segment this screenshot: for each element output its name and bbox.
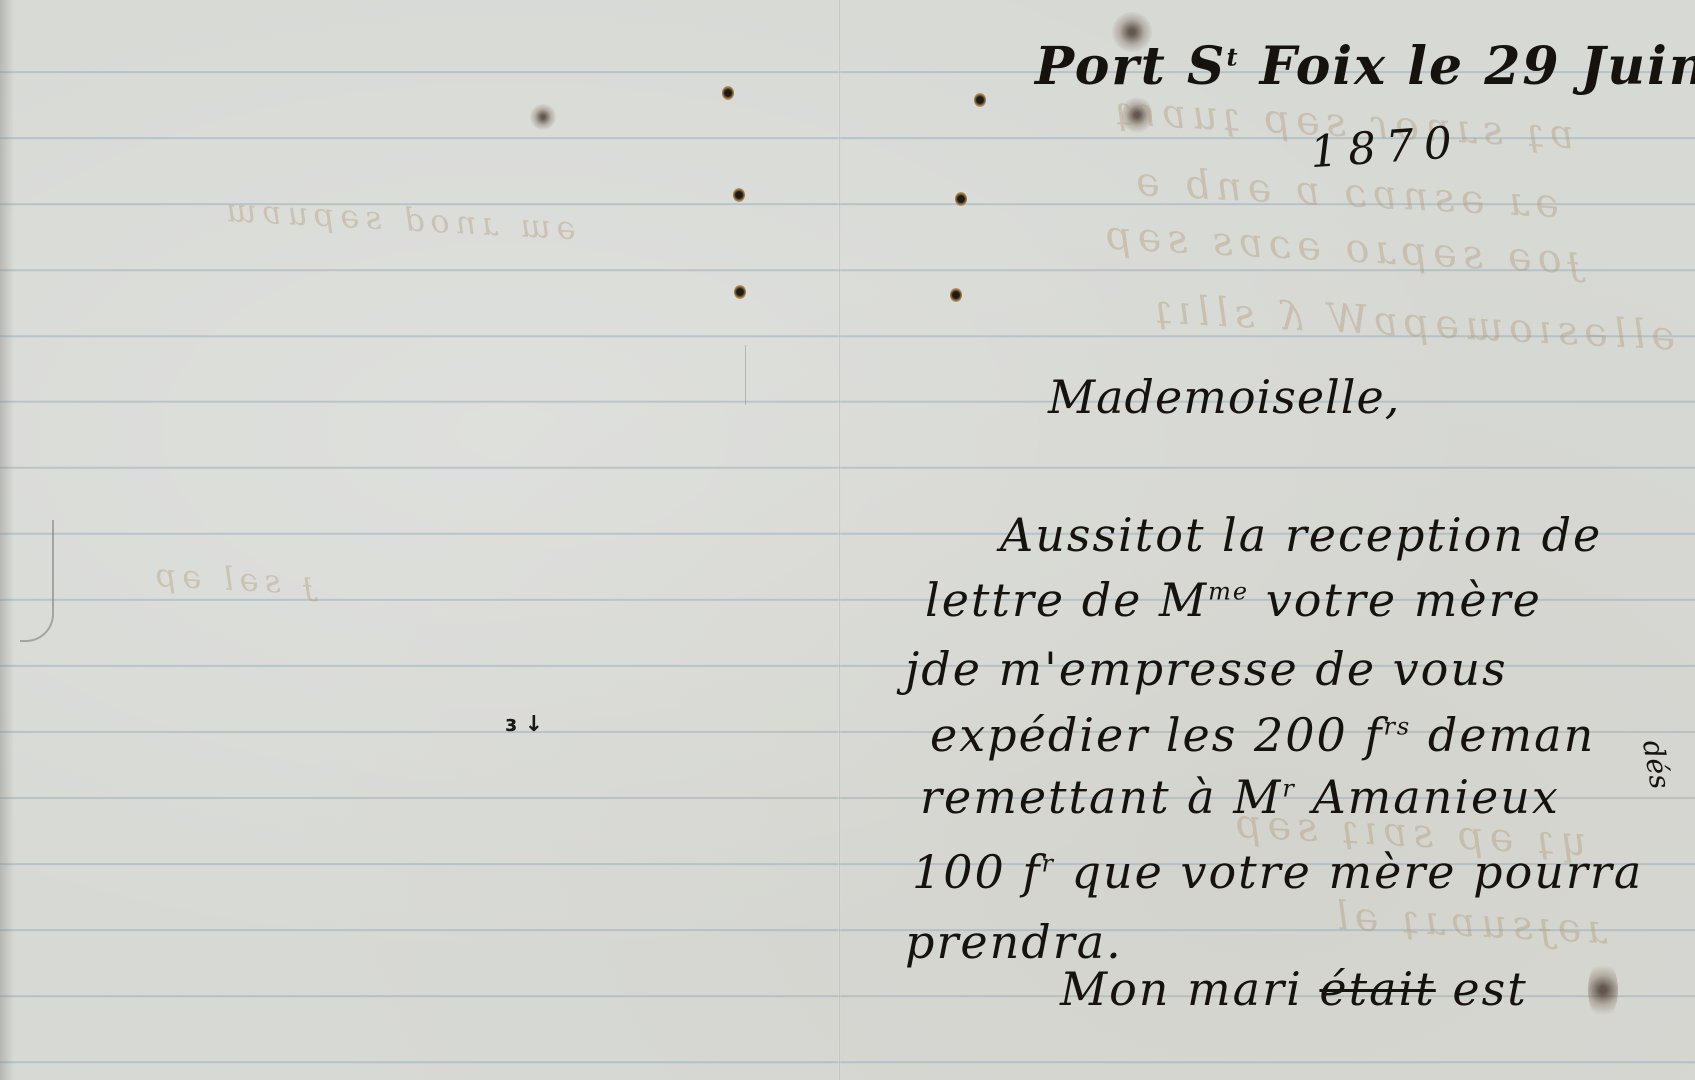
superscript: r [1041, 850, 1054, 878]
letter-line: 100 fr que votre mère pourra [912, 845, 1643, 899]
line-text: Amanieux [1296, 770, 1560, 824]
line-text: deman [1411, 708, 1595, 762]
line-text: lettre de M [925, 573, 1208, 627]
binding-hole [955, 192, 967, 206]
binding-hole [974, 93, 986, 107]
letter-line: Mon mari était est [1060, 962, 1528, 1016]
superscript: t [1226, 43, 1239, 72]
line-text: Mon mari [1060, 962, 1303, 1016]
letter-line: prendra. [905, 915, 1123, 969]
line-text: remettant à M [920, 770, 1282, 824]
letter-line: jde m'empresse de vous [905, 642, 1508, 696]
superscript: me [1208, 578, 1249, 606]
ink-stain [530, 104, 556, 130]
superscript: rs [1383, 713, 1411, 741]
line-text: 100 f [912, 845, 1041, 899]
superscript: r [1282, 775, 1295, 803]
binding-hole [734, 285, 746, 299]
faint-pencil-stroke [745, 345, 746, 405]
pencil-bracket-mark [20, 520, 54, 642]
letter-year: 1870 [1308, 117, 1463, 178]
binding-hole [950, 288, 962, 302]
letter-salutation: Mademoiselle, [1048, 370, 1400, 424]
ink-smudge [1588, 960, 1618, 1020]
line-text: est [1436, 962, 1528, 1016]
left-page-ink-marks: ɜ ↓ [505, 712, 543, 737]
letter-sheet: ɐʇ sɹnoɾ sǝp ʇuɐɾʇ ǝɹ ǝsnɐɔ ɐ ǝnb ǝ ɟoǝ … [0, 0, 1695, 1080]
letter-line: expédier les 200 frs deman [930, 708, 1595, 762]
letter-line: lettre de Mme votre mère [925, 573, 1542, 627]
line-text: que votre mère pourra [1055, 845, 1643, 899]
place-suffix: Foix le 29 Juin [1240, 36, 1695, 97]
letter-line: Aussitot la reception de [1000, 508, 1602, 562]
place-prefix: Port S [1035, 36, 1226, 97]
binding-hole [733, 188, 745, 202]
binding-hole [722, 86, 734, 100]
line-text: expédier les 200 f [930, 708, 1383, 762]
line-text: votre mère [1249, 573, 1542, 627]
letter-place-date: Port St Foix le 29 Juin [1035, 36, 1695, 97]
paper-edge-shadow [0, 0, 14, 1080]
center-fold-crease [838, 0, 841, 1080]
letter-line: remettant à Mr Amanieux [920, 770, 1560, 824]
struck-word: était [1319, 962, 1435, 1016]
